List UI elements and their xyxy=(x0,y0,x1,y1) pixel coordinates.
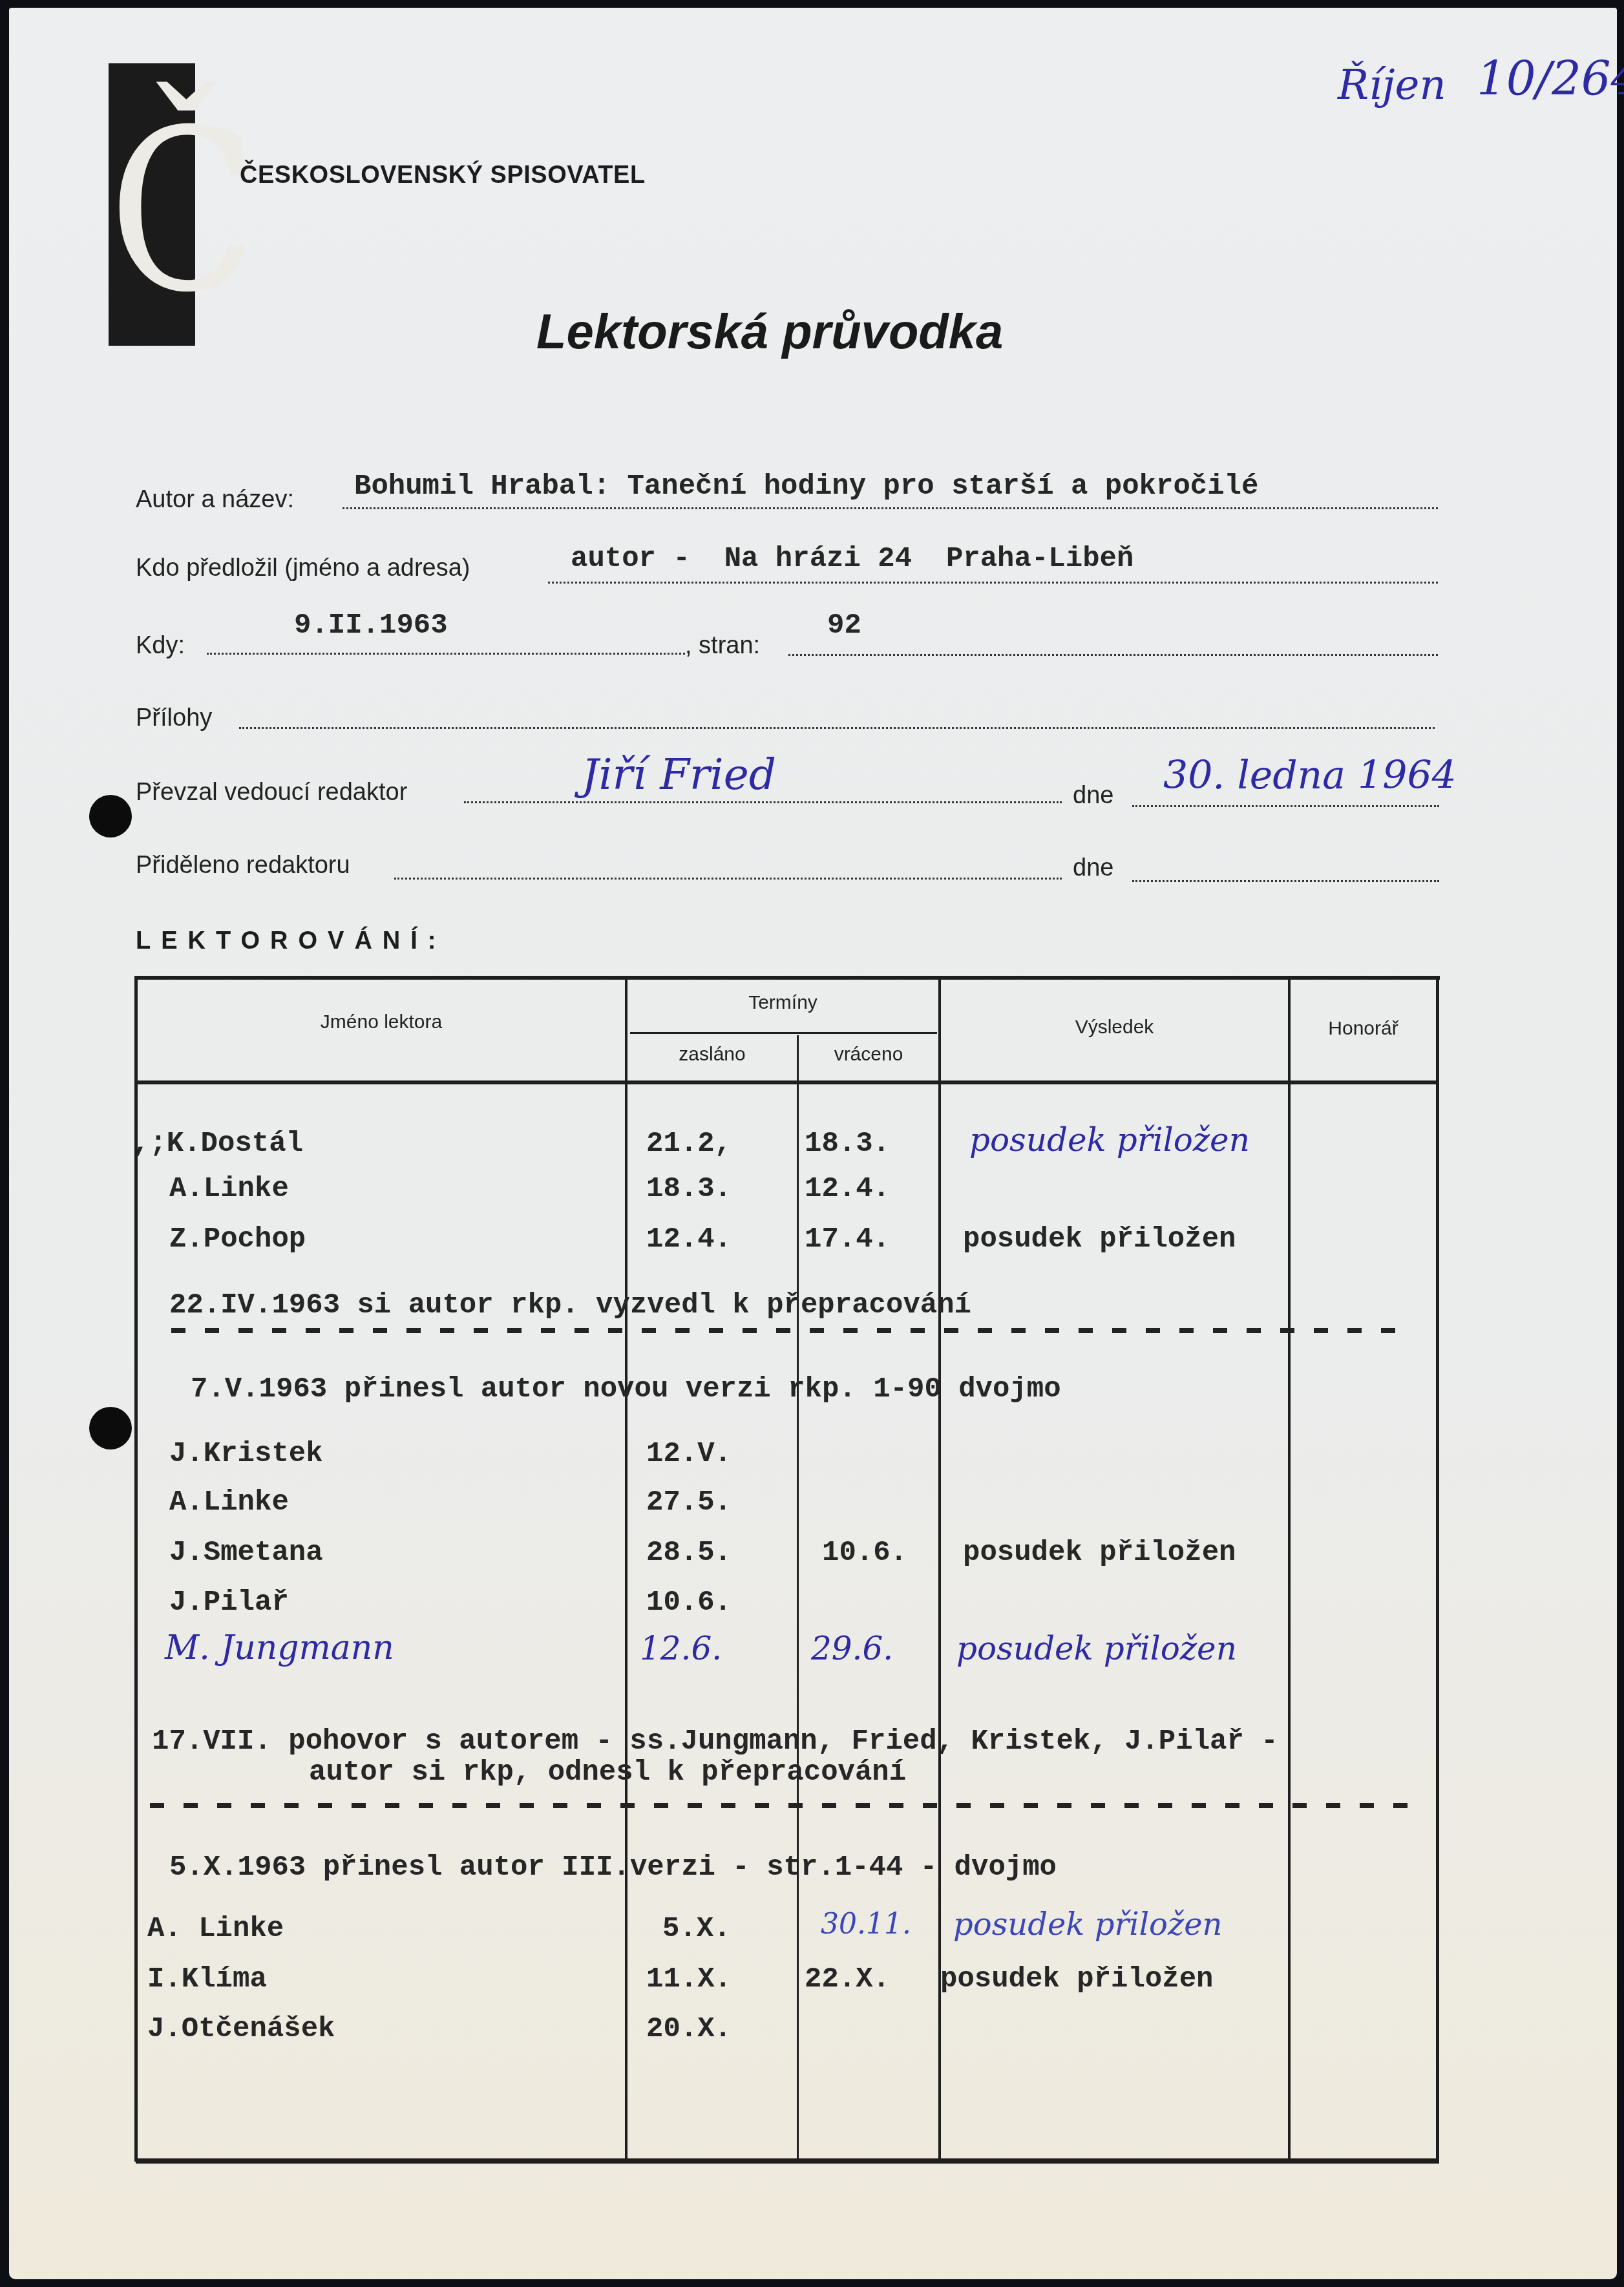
header-reviewer-name: Jméno lektora xyxy=(138,1011,625,1033)
sent-date: 11.X. xyxy=(646,1963,732,1996)
reviewer-name: J.Otčenášek xyxy=(147,2013,335,2045)
chief-editor-date-value[interactable]: 30. ledna 1964 xyxy=(1163,753,1457,798)
header-terms: Termíny xyxy=(627,992,938,1014)
reviewer-name: J.Kristek xyxy=(169,1438,323,1470)
author-title-label: Autor a název: xyxy=(136,486,294,514)
table-note: 22.IV.1963 si autor rkp. vyzvedl k přepr… xyxy=(169,1289,971,1322)
dashed-separator xyxy=(150,1803,1410,1808)
chief-editor-label: Převzal vedoucí redaktor xyxy=(136,779,407,806)
pages-line xyxy=(788,654,1438,656)
reviewer-name: I.Klíma xyxy=(147,1963,267,1996)
when-value[interactable]: 9.II.1963 xyxy=(294,609,448,642)
sent-date-handwritten: 12.6. xyxy=(640,1630,722,1667)
pages-value[interactable]: 92 xyxy=(827,609,861,642)
sent-date: 12.V. xyxy=(646,1438,732,1470)
when-line xyxy=(207,653,685,655)
reviewer-name: A.Linke xyxy=(169,1486,289,1519)
assigned-editor-date-label: dne xyxy=(1073,854,1113,882)
sent-date: 27.5. xyxy=(646,1486,732,1519)
attachments-line xyxy=(239,727,1435,729)
returned-date-handwritten: 29.6. xyxy=(811,1630,893,1667)
assigned-editor-date-line xyxy=(1132,880,1439,882)
returned-date: 12.4. xyxy=(805,1173,890,1205)
reviewer-name: Z.Pochop xyxy=(169,1223,306,1256)
sent-date: 20.X. xyxy=(646,2013,732,2045)
attachments-label: Přílohy xyxy=(136,704,212,732)
assigned-editor-label: Přiděleno redaktoru xyxy=(136,852,350,880)
result-handwritten: posudek přiložen xyxy=(953,1906,1223,1943)
publisher-name: ČESKOSLOVENSKÝ SPISOVATEL xyxy=(240,162,646,189)
result-text: posudek přiložen xyxy=(963,1537,1236,1569)
form-title: Lektorská průvodka xyxy=(536,304,1003,360)
header-fee: Honorář xyxy=(1291,1018,1436,1040)
author-title-line xyxy=(343,507,1438,509)
header-returned: vráceno xyxy=(799,1044,938,1066)
submitted-by-value[interactable]: autor - Na hrázi 24 Praha-Libeň xyxy=(571,543,1134,575)
header-result: Výsledek xyxy=(941,1017,1288,1038)
returned-date: 18.3. xyxy=(805,1128,890,1160)
table-note: 5.X.1963 přinesl autor III.verzi - str.1… xyxy=(169,1851,1057,1884)
result-text: posudek přiložen xyxy=(940,1963,1213,1996)
returned-date: 10.6. xyxy=(822,1537,907,1569)
submitted-by-label: Kdo předložil (jméno a adresa) xyxy=(136,554,470,582)
dashed-separator xyxy=(171,1328,1399,1333)
pages-label: , stran: xyxy=(685,632,760,660)
table-note: 17.VII. pohovor s autorem - ss.Jungmann,… xyxy=(152,1725,1278,1758)
sent-date: 28.5. xyxy=(646,1537,732,1569)
table-note: 7.V.1963 přinesl autor novou verzi rkp. … xyxy=(191,1373,1061,1406)
sent-date: 12.4. xyxy=(646,1223,732,1256)
when-label: Kdy: xyxy=(136,632,185,660)
chief-editor-date-label: dne xyxy=(1073,782,1113,810)
sent-date: 5.X. xyxy=(662,1913,731,1945)
reviewer-name: A.Linke xyxy=(169,1173,289,1205)
chief-editor-signature[interactable]: Jiří Fried xyxy=(582,750,776,799)
logo-c-glyph-icon: Č xyxy=(109,71,195,353)
chief-editor-date-line xyxy=(1132,805,1439,807)
reviewer-name: J.Pilař xyxy=(169,1586,289,1619)
result-text: posudek přiložen xyxy=(963,1223,1236,1256)
sent-date: 18.3. xyxy=(646,1173,732,1205)
punch-hole-icon xyxy=(89,795,132,838)
submitted-by-line xyxy=(548,582,1438,584)
reviewer-name: ,;K.Dostál xyxy=(132,1128,303,1160)
chief-editor-line xyxy=(464,801,1062,803)
result-handwritten: posudek přiložen xyxy=(969,1121,1250,1159)
publisher-logo: Č xyxy=(109,63,195,346)
reviewer-name: J.Smetana xyxy=(169,1537,323,1569)
table-note-continued: autor si rkp, odnesl k přepracování xyxy=(309,1756,906,1789)
header-sent: zasláno xyxy=(627,1044,797,1066)
reviewer-name: A. Linke xyxy=(147,1913,284,1945)
archive-mark-text: Říjen xyxy=(1338,61,1446,109)
archive-mark-number: 10/264 xyxy=(1477,52,1624,106)
section-label: LEKTOROVÁNÍ: xyxy=(136,927,447,955)
returned-date-handwritten: 30.11. xyxy=(821,1908,911,1941)
author-title-value[interactable]: Bohumil Hrabal: Taneční hodiny pro starš… xyxy=(354,470,1258,503)
returned-date: 22.X. xyxy=(805,1963,890,1996)
reviewer-name-handwritten: M. Jungmann xyxy=(165,1628,394,1667)
returned-date: 17.4. xyxy=(805,1223,890,1256)
sent-date: 21.2, xyxy=(646,1128,732,1160)
punch-hole-icon xyxy=(89,1407,132,1449)
sent-date: 10.6. xyxy=(646,1586,732,1619)
result-handwritten: posudek přiložen xyxy=(956,1630,1237,1667)
assigned-editor-line xyxy=(394,878,1062,880)
